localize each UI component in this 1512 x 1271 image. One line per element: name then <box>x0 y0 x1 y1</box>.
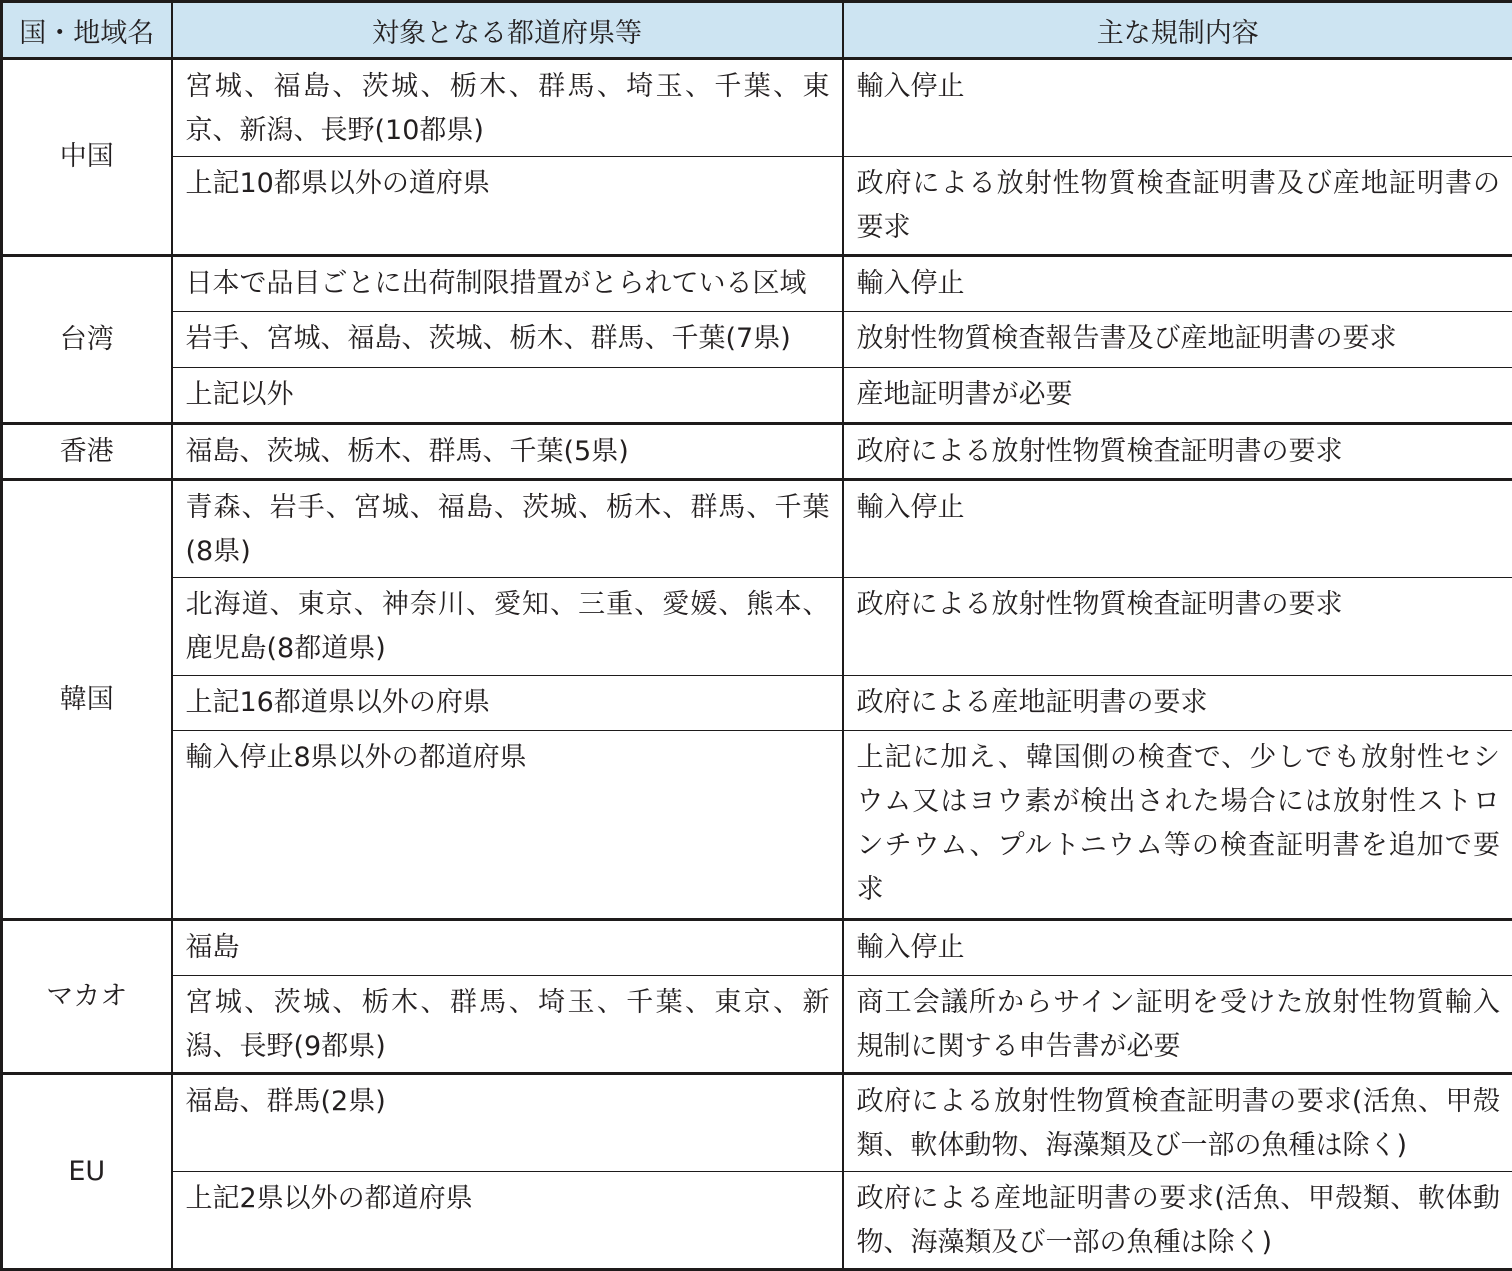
col-header-country: 国・地域名 <box>2 2 172 59</box>
table-row: 上記16都道県以外の府県 政府による産地証明書の要求 <box>2 676 1512 731</box>
table-row: 岩手、宮城、福島、茨城、栃木、群馬、千葉(7県) 放射性物質検査報告書及び産地証… <box>2 312 1512 368</box>
regulation-cell: 輸入停止 <box>843 59 1512 157</box>
table-row: 輸入停止8県以外の都道府県 上記に加え、韓国側の検査で、少しでも放射性セシウム又… <box>2 731 1512 920</box>
area-cell: 福島、茨城、栃木、群馬、千葉(5県) <box>172 424 843 480</box>
area-cell: 岩手、宮城、福島、茨城、栃木、群馬、千葉(7県) <box>172 312 843 368</box>
area-cell: 青森、岩手、宮城、福島、茨城、栃木、群馬、千葉(8県) <box>172 480 843 578</box>
table-row: マカオ 福島 輸入停止 <box>2 920 1512 976</box>
table-row: 台湾 日本で品目ごとに出荷制限措置がとられている区域 輸入停止 <box>2 256 1512 312</box>
regulation-cell: 政府による産地証明書の要求(活魚、甲殻類、軟体動物、海藻類及び一部の魚種は除く) <box>843 1172 1512 1270</box>
regulation-cell: 輸入停止 <box>843 480 1512 578</box>
table-row: EU 福島、群馬(2県) 政府による放射性物質検査証明書の要求(活魚、甲殻類、軟… <box>2 1074 1512 1172</box>
import-regulation-table: 国・地域名 対象となる都道府県等 主な規制内容 中国 宮城、福島、茨城、栃木、群… <box>0 0 1512 1271</box>
table-row: 上記2県以外の都道府県 政府による産地証明書の要求(活魚、甲殻類、軟体動物、海藻… <box>2 1172 1512 1270</box>
country-cell-china: 中国 <box>2 59 172 256</box>
area-cell: 福島、群馬(2県) <box>172 1074 843 1172</box>
area-cell: 宮城、茨城、栃木、群馬、埼玉、千葉、東京、新潟、長野(9都県) <box>172 976 843 1074</box>
area-cell: 上記以外 <box>172 368 843 424</box>
regulation-cell: 産地証明書が必要 <box>843 368 1512 424</box>
table-row: 上記以外 産地証明書が必要 <box>2 368 1512 424</box>
regulation-cell: 政府による放射性物質検査証明書の要求 <box>843 578 1512 676</box>
area-cell: 上記2県以外の都道府県 <box>172 1172 843 1270</box>
table-row: 宮城、茨城、栃木、群馬、埼玉、千葉、東京、新潟、長野(9都県) 商工会議所からサ… <box>2 976 1512 1074</box>
area-cell: 日本で品目ごとに出荷制限措置がとられている区域 <box>172 256 843 312</box>
table-row: 上記10都県以外の道府県 政府による放射性物質検査証明書及び産地証明書の要求 <box>2 157 1512 256</box>
area-cell: 輸入停止8県以外の都道府県 <box>172 731 843 920</box>
table-row: 中国 宮城、福島、茨城、栃木、群馬、埼玉、千葉、東京、新潟、長野(10都県) 輸… <box>2 59 1512 157</box>
area-cell: 福島 <box>172 920 843 976</box>
regulation-cell: 政府による産地証明書の要求 <box>843 676 1512 731</box>
country-cell-eu: EU <box>2 1074 172 1270</box>
area-cell: 上記16都道県以外の府県 <box>172 676 843 731</box>
regulation-cell: 輸入停止 <box>843 256 1512 312</box>
country-cell-korea: 韓国 <box>2 480 172 920</box>
country-cell-hongkong: 香港 <box>2 424 172 480</box>
area-cell: 上記10都県以外の道府県 <box>172 157 843 256</box>
regulation-cell: 商工会議所からサイン証明を受けた放射性物質輸入規制に関する申告書が必要 <box>843 976 1512 1074</box>
header-row: 国・地域名 対象となる都道府県等 主な規制内容 <box>2 2 1512 59</box>
regulation-cell: 放射性物質検査報告書及び産地証明書の要求 <box>843 312 1512 368</box>
country-cell-taiwan: 台湾 <box>2 256 172 424</box>
regulation-cell: 輸入停止 <box>843 920 1512 976</box>
area-cell: 宮城、福島、茨城、栃木、群馬、埼玉、千葉、東京、新潟、長野(10都県) <box>172 59 843 157</box>
regulation-cell: 上記に加え、韓国側の検査で、少しでも放射性セシウム又はヨウ素が検出された場合には… <box>843 731 1512 920</box>
col-header-prefectures: 対象となる都道府県等 <box>172 2 843 59</box>
table-row: 北海道、東京、神奈川、愛知、三重、愛媛、熊本、鹿児島(8都道県) 政府による放射… <box>2 578 1512 676</box>
table-row: 韓国 青森、岩手、宮城、福島、茨城、栃木、群馬、千葉(8県) 輸入停止 <box>2 480 1512 578</box>
country-cell-macau: マカオ <box>2 920 172 1074</box>
regulation-cell: 政府による放射性物質検査証明書の要求(活魚、甲殻類、軟体動物、海藻類及び一部の魚… <box>843 1074 1512 1172</box>
regulation-cell: 政府による放射性物質検査証明書及び産地証明書の要求 <box>843 157 1512 256</box>
area-cell: 北海道、東京、神奈川、愛知、三重、愛媛、熊本、鹿児島(8都道県) <box>172 578 843 676</box>
table-row: 香港 福島、茨城、栃木、群馬、千葉(5県) 政府による放射性物質検査証明書の要求 <box>2 424 1512 480</box>
col-header-regulation: 主な規制内容 <box>843 2 1512 59</box>
regulation-cell: 政府による放射性物質検査証明書の要求 <box>843 424 1512 480</box>
